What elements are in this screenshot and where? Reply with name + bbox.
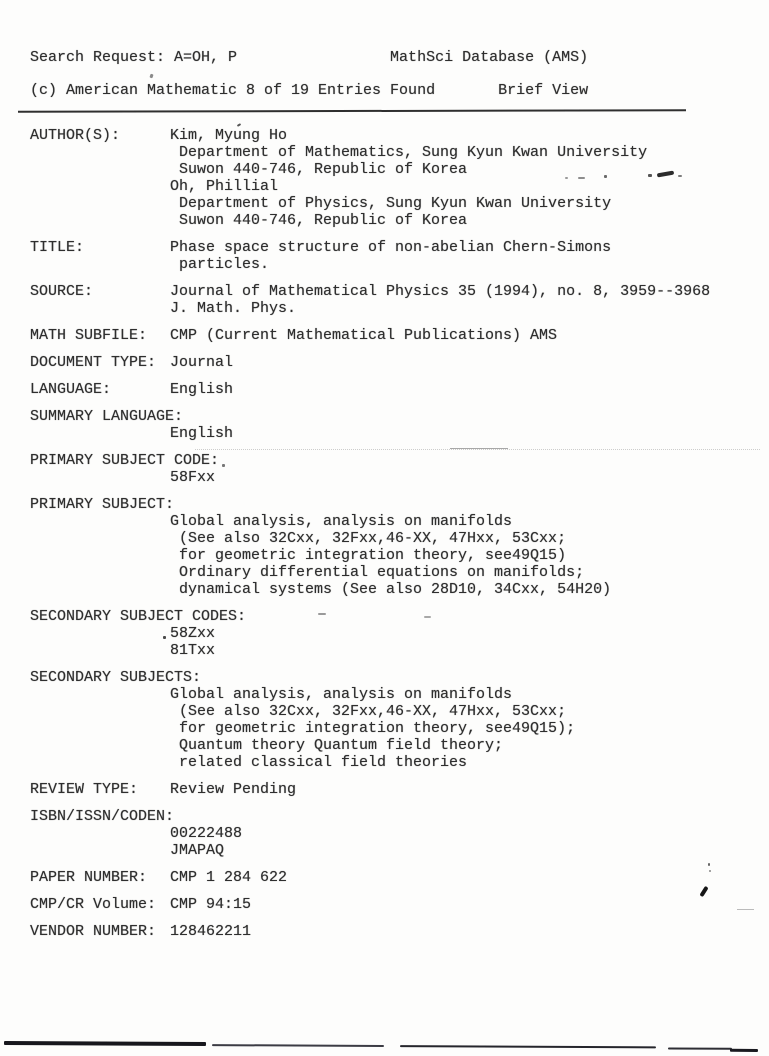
field-label: AUTHOR(S): xyxy=(30,127,170,229)
document-content: Search Request: A=OH, P MathSci Database… xyxy=(30,49,750,950)
scan-speck xyxy=(163,636,166,639)
field-value-line: JMAPAQ xyxy=(170,842,750,859)
field-value-line: Department of Physics, Sung Kyun Kwan Un… xyxy=(170,195,750,212)
scan-speck xyxy=(709,870,711,872)
field-primary-subject: PRIMARY SUBJECT: Global analysis, analys… xyxy=(30,496,750,598)
field-value-line: 58Zxx xyxy=(170,625,750,642)
page-edge-scan-line xyxy=(4,1041,764,1053)
field-title: TITLE: Phase space structure of non-abel… xyxy=(30,239,750,273)
field-value-line: CMP 1 284 622 xyxy=(170,869,750,886)
scan-speck xyxy=(222,464,225,467)
field-paper-number: PAPER NUMBER: CMP 1 284 622 xyxy=(30,869,750,886)
field-label: PRIMARY SUBJECT: xyxy=(30,496,170,513)
scan-smudge xyxy=(578,177,585,179)
field-summary-language: SUMMARY LANGUAGE: English xyxy=(30,408,750,442)
field-value-line: 00222488 xyxy=(170,825,750,842)
field-label: REVIEW TYPE: xyxy=(30,781,170,798)
scan-dash xyxy=(450,448,508,449)
scan-speck xyxy=(424,616,431,618)
header-divider-line xyxy=(18,109,686,112)
field-value: Global analysis, analysis on manifolds (… xyxy=(170,686,750,771)
field-value-line: (See also 32Cxx, 32Fxx,46-XX, 47Hxx, 53C… xyxy=(170,703,750,720)
field-value: Review Pending xyxy=(170,781,750,798)
field-label: TITLE: xyxy=(30,239,170,273)
header-line-search-request: Search Request: A=OH, P MathSci Database… xyxy=(30,49,750,66)
field-value-line: English xyxy=(170,425,750,442)
field-label: SOURCE: xyxy=(30,283,170,317)
field-authors: AUTHOR(S): Kim, Myung Ho Department of M… xyxy=(30,127,750,229)
field-secondary-subjects: SECONDARY SUBJECTS: Global analysis, ana… xyxy=(30,669,750,771)
edge-line-segment xyxy=(400,1045,656,1048)
edge-line-segment xyxy=(668,1047,732,1049)
field-value: 00222488 JMAPAQ xyxy=(170,825,750,859)
scan-smudge xyxy=(648,174,652,177)
edge-line-segment xyxy=(4,1041,206,1046)
field-value-line: (See also 32Cxx, 32Fxx,46-XX, 47Hxx, 53C… xyxy=(170,530,750,547)
scan-smudge xyxy=(604,175,607,178)
field-value-line: Journal of Mathematical Physics 35 (1994… xyxy=(170,283,750,300)
field-value-line: Ordinary differential equations on manif… xyxy=(170,564,750,581)
field-value-line: Department of Mathematics, Sung Kyun Kwa… xyxy=(170,144,750,161)
edge-line-segment xyxy=(730,1049,758,1052)
field-value-line: Phase space structure of non-abelian Che… xyxy=(170,239,750,256)
field-value-line: Global analysis, analysis on manifolds xyxy=(170,686,750,703)
field-label: DOCUMENT TYPE: xyxy=(30,354,170,371)
field-cmp-cr-volume: CMP/CR Volume: CMP 94:15 xyxy=(30,896,750,913)
field-value-line: 81Txx xyxy=(170,642,750,659)
scan-dash xyxy=(737,909,754,910)
field-value-line: Quantum theory Quantum field theory; xyxy=(170,737,750,754)
scan-smudge xyxy=(678,175,682,177)
field-review-type: REVIEW TYPE: Review Pending xyxy=(30,781,750,798)
edge-line-segment xyxy=(212,1044,384,1047)
field-secondary-subject-codes: SECONDARY SUBJECT CODES: 58Zxx 81Txx xyxy=(30,608,750,659)
field-value: Phase space structure of non-abelian Che… xyxy=(170,239,750,273)
field-vendor-number: VENDOR NUMBER: 128462211 xyxy=(30,923,750,940)
field-value: 58Fxx xyxy=(170,469,750,486)
scan-speck xyxy=(318,613,326,615)
field-value-line: Review Pending xyxy=(170,781,750,798)
field-source: SOURCE: Journal of Mathematical Physics … xyxy=(30,283,750,317)
field-value: English xyxy=(170,381,750,398)
scanned-document-page: Search Request: A=OH, P MathSci Database… xyxy=(0,0,769,1056)
field-value: Global analysis, analysis on manifolds (… xyxy=(170,513,750,598)
field-value-line: Global analysis, analysis on manifolds xyxy=(170,513,750,530)
field-value-line: 58Fxx xyxy=(170,469,750,486)
field-value-line: 128462211 xyxy=(170,923,750,940)
field-value-line: related classical field theories xyxy=(170,754,750,771)
field-label: CMP/CR Volume: xyxy=(30,896,170,913)
field-value: CMP (Current Mathematical Publications) … xyxy=(170,327,750,344)
field-value-line: CMP 94:15 xyxy=(170,896,750,913)
field-math-subfile: MATH SUBFILE: CMP (Current Mathematical … xyxy=(30,327,750,344)
field-value-line: Kim, Myung Ho xyxy=(170,127,750,144)
field-value-line: English xyxy=(170,381,750,398)
field-label: ISBN/ISSN/CODEN: xyxy=(30,808,170,825)
field-label: SUMMARY LANGUAGE: xyxy=(30,408,170,425)
field-language: LANGUAGE: English xyxy=(30,381,750,398)
field-value-line: Oh, Phillial xyxy=(170,178,750,195)
header-line-entries-found: (c) American Mathematic 8 of 19 Entries … xyxy=(30,82,750,99)
field-label: VENDOR NUMBER: xyxy=(30,923,170,940)
field-value-line: CMP (Current Mathematical Publications) … xyxy=(170,327,750,344)
field-label: SECONDARY SUBJECT CODES: xyxy=(30,608,170,625)
scan-dotted-row xyxy=(195,449,760,450)
field-isbn-issn-coden: ISBN/ISSN/CODEN: 00222488 JMAPAQ xyxy=(30,808,750,859)
field-value: 58Zxx 81Txx xyxy=(170,625,750,659)
field-value-line: particles. xyxy=(170,256,750,273)
field-label: MATH SUBFILE: xyxy=(30,327,170,344)
field-value-line: for geometric integration theory, see49Q… xyxy=(170,547,750,564)
field-value-line: J. Math. Phys. xyxy=(170,300,750,317)
field-label: LANGUAGE: xyxy=(30,381,170,398)
field-value-line: Journal xyxy=(170,354,750,371)
scan-speck xyxy=(708,863,710,866)
field-value: CMP 1 284 622 xyxy=(170,869,750,886)
field-value: English xyxy=(170,425,750,442)
field-value: 128462211 xyxy=(170,923,750,940)
field-primary-subject-code: PRIMARY SUBJECT CODE: 58Fxx xyxy=(30,452,750,486)
field-value-line: for geometric integration theory, see49Q… xyxy=(170,720,750,737)
field-label: SECONDARY SUBJECTS: xyxy=(30,669,170,686)
field-label: PRIMARY SUBJECT CODE: xyxy=(30,452,170,469)
field-document-type: DOCUMENT TYPE: Journal xyxy=(30,354,750,371)
field-value: Journal of Mathematical Physics 35 (1994… xyxy=(170,283,750,317)
field-value: Kim, Myung Ho Department of Mathematics,… xyxy=(170,127,750,229)
field-value: CMP 94:15 xyxy=(170,896,750,913)
field-value-line: dynamical systems (See also 28D10, 34Cxx… xyxy=(170,581,750,598)
field-label: PAPER NUMBER: xyxy=(30,869,170,886)
field-value: Journal xyxy=(170,354,750,371)
field-value-line: Suwon 440-746, Republic of Korea xyxy=(170,212,750,229)
scan-smudge xyxy=(565,177,568,179)
